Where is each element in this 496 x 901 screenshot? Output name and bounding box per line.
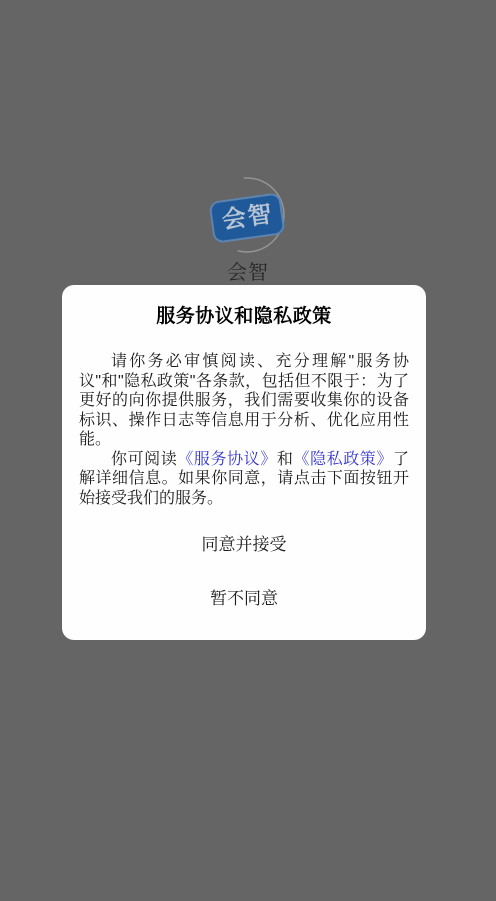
service-agreement-link[interactable]: 《服务协议》 — [177, 451, 277, 468]
dialog-paragraph-2: 你可阅读《服务协议》和《隐私政策》了解详细信息。如果你同意，请点击下面按钮开始接… — [79, 450, 409, 509]
agree-and-accept-button[interactable]: 同意并接受 — [202, 534, 287, 555]
paragraph-2-pre-text: 你可阅读 — [111, 451, 177, 468]
app-name-label: 会智 — [0, 256, 496, 285]
dialog-paragraph-1: 请你务必审慎阅读、充分理解"服务协议"和"隐私政策"各条款，包括但不限于：为了更… — [79, 352, 409, 450]
paragraph-2-mid-text: 和 — [277, 451, 294, 468]
dialog-body: 请你务必审慎阅读、充分理解"服务协议"和"隐私政策"各条款，包括但不限于：为了更… — [79, 352, 409, 508]
app-logo-text: 会智 — [219, 202, 276, 233]
disagree-button[interactable]: 暂不同意 — [210, 588, 278, 609]
privacy-policy-dialog: 服务协议和隐私政策 请你务必审慎阅读、充分理解"服务协议"和"隐私政策"各条款，… — [62, 285, 426, 640]
screen: 会智 会智 服务协议和隐私政策 请你务必审慎阅读、充分理解"服务协议"和"隐私政… — [0, 0, 496, 901]
dialog-title: 服务协议和隐私政策 — [79, 305, 409, 328]
privacy-policy-link[interactable]: 《隐私政策》 — [293, 451, 393, 468]
